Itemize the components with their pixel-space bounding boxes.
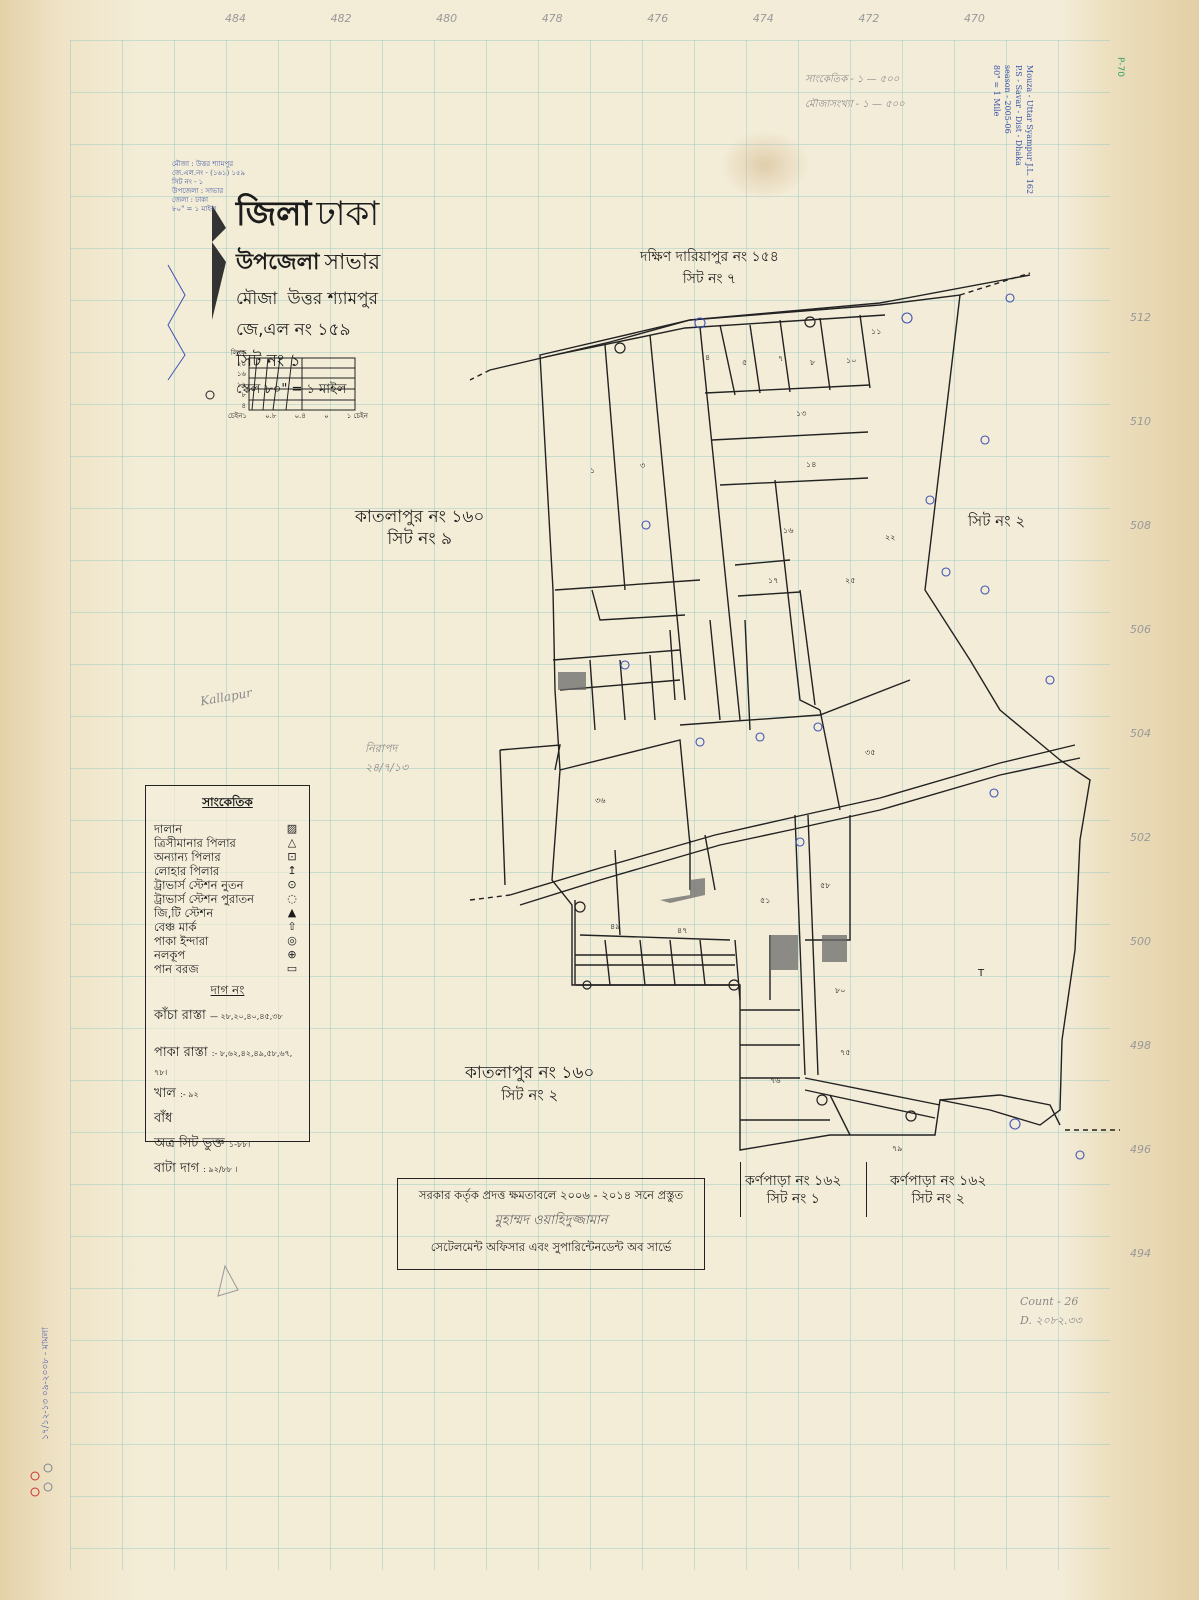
cert-line-1: সরকার কর্তৃক প্রদত্ত ক্ষমতাবলে ২০০৬ - ২০… (398, 1187, 704, 1206)
plot-number: ৭ (778, 353, 783, 366)
tubewell-icon: ⊕ (283, 948, 301, 962)
neighbor-east: সিট নং ২ (968, 510, 1025, 532)
plot-number: ৩৫ (865, 747, 875, 760)
tally-line-2: মৌজাসংখ্যা - ১ — ৫০০ (805, 97, 905, 114)
count-note: Count - 26 (1020, 1295, 1078, 1308)
officer-signature: মুহাম্মদ ওয়াহিদুজ্জামান (398, 1211, 704, 1232)
plot-number: ১ (590, 465, 595, 478)
dag-row: পাকা রাস্তা :- ৮,৬২,৪২,৪৯,৫৮,৬৭, ৭৮। (146, 1043, 309, 1080)
date-note: D. ২০৮২.৩৩ (1020, 1312, 1082, 1331)
dag-row: খাল :- ৯২ (146, 1084, 309, 1105)
top-grid-ticks: 484482480478 476474472470 (225, 12, 985, 25)
dag-row: বাটা দাগ : ৯২/৮৮ । (146, 1159, 309, 1180)
legend-item: পান বরজ▭ (146, 962, 309, 976)
tally-line-1: সাংকেতিক - ১ — ৫০০ (805, 72, 899, 89)
plot-number: ১৭ (768, 575, 778, 588)
pencil-signature: নিরাপদ ২৪/৭/১৩ (365, 740, 425, 778)
neighbor-south-west: কাতলাপুর নং ১৬০সিট নং ২ (465, 1062, 594, 1106)
bench-mark-icon: ⇧ (283, 920, 301, 934)
handwritten-notes-top-left: মৌজা : উত্তর শ্যামপুরজে.এল.নং - (১৬১) ১৫… (172, 160, 245, 214)
scale-y-labels: লিংক ২০১৬১২৮৪ (222, 348, 246, 411)
plot-number: T (978, 968, 984, 979)
plot-number: ৪৭ (677, 925, 687, 938)
plot-number: ৭৯ (892, 1143, 902, 1156)
scale-text: স্কেল ৮০" = ১ মাইল (236, 380, 380, 401)
map-sheet: জিলা ঢাকা উপজেলা সাভার মৌজা উত্তর শ্যামপ… (0, 0, 1199, 1600)
plot-number: ১৩ (796, 408, 806, 421)
plot-number: ৫১ (760, 895, 770, 908)
legend-item: ট্রাভার্স স্টেশন নুতন⊙ (146, 878, 309, 892)
plot-number: ২২ (885, 532, 895, 545)
plot-number: ৮ (810, 357, 815, 370)
legend-title: সাংকেতিক (146, 794, 309, 814)
plot-number: ৭৬ (770, 1075, 780, 1088)
betel-garden-icon: ▭ (283, 962, 301, 976)
upazila-name: সাভার (324, 250, 380, 275)
traverse-station-old-icon: ◌ (283, 892, 301, 906)
neighbor-south-2: কর্ণপাড়া নং ১৬২সিট নং ২ (890, 1172, 986, 1208)
dag-row: বাঁধ (146, 1109, 309, 1130)
neighbor-west: কাতলাপুর নং ১৬০সিট নং ৯ (355, 506, 484, 550)
handwritten-notes-top-right: Mouza - Uttar Syampur J.L. 162P.S - Sava… (991, 65, 1035, 225)
sheet-divider (740, 1162, 741, 1217)
jl-number: জে,এল নং ১৫৯ (236, 317, 380, 345)
certification-box: সরকার কর্তৃক প্রদত্ত ক্ষমতাবলে ২০০৬ - ২০… (397, 1178, 705, 1270)
neighbor-south-1: কর্ণপাড়া নং ১৬২সিট নং ১ (745, 1172, 841, 1208)
plot-number: ১৬ (783, 525, 793, 538)
plot-number: ৪ (705, 352, 710, 365)
scale-x-labels: চেইন১০.৮০.৪০১ চেইন (228, 410, 368, 422)
plot-number: ৫ (742, 357, 747, 370)
district-label: জিলা (236, 194, 311, 234)
sheet-divider (866, 1162, 867, 1217)
legend-item: ত্রিসীমানার পিলার△ (146, 836, 309, 850)
sheet-number: সিট নং ১ (236, 348, 380, 376)
plot-number: ৩ (640, 460, 645, 473)
title-block: জিলা ঢাকা উপজেলা সাভার মৌজা উত্তর শ্যামপ… (236, 188, 380, 401)
dag-row: অত্র সিট ভুক্ত ১-৮৮। (146, 1134, 309, 1155)
plot-number: ২৫ (845, 575, 855, 588)
legend-item: অন্যান্য পিলার⊡ (146, 850, 309, 864)
plot-number: ১০ (846, 355, 856, 368)
gt-station-icon: ▲ (283, 906, 301, 920)
plot-number: ৭৫ (840, 1047, 850, 1060)
mouza-name: উত্তর শ্যামপুর (288, 289, 378, 309)
legend-box: সাংকেতিক দালান▨ ত্রিসীমানার পিলার△ অন্যা… (145, 785, 310, 1142)
mouza-label: মৌজা (236, 289, 277, 309)
plot-number: ৩৬ (595, 795, 605, 808)
right-grid-ticks: 512510508506504 502500498496494 (1130, 266, 1151, 1306)
legend-item: বেঞ্চ মার্ক⇧ (146, 920, 309, 934)
cert-line-3: সেটেলমেন্ট অফিসার এবং সুপারিন্টেনডেন্ট অ… (398, 1239, 704, 1258)
tri-junction-pillar-icon: △ (283, 836, 301, 850)
dag-header: দাগ নং (146, 982, 309, 1002)
legend-item: জি,টি স্টেশন▲ (146, 906, 309, 920)
legend-item: পাকা ইন্দারা◎ (146, 934, 309, 948)
page-code: P-70 (1115, 57, 1125, 77)
left-margin-note: ১৭/১২-১৩ ০৯-২০০৮ - মামলা (38, 1327, 53, 1440)
traverse-station-new-icon: ⊙ (283, 878, 301, 892)
other-pillar-icon: ⊡ (283, 850, 301, 864)
plot-number: ১৪ (806, 459, 816, 472)
dag-row: কাঁচা রাস্তা — ২৮,২০,৪০,৪৫,৩৮ (146, 1006, 309, 1027)
legend-item: নলকূপ⊕ (146, 948, 309, 962)
plot-number: ৮০ (835, 985, 845, 998)
iron-pillar-icon: ↥ (283, 864, 301, 878)
plot-number: ৫৮ (820, 880, 830, 893)
building-hatch-icon: ▨ (283, 822, 301, 836)
plot-number: ৪৯ (610, 921, 620, 934)
legend-item: দালান▨ (146, 822, 309, 836)
legend-item: লোহার পিলার↥ (146, 864, 309, 878)
neighbor-north: দক্ষিণ দারিয়াপুর নং ১৫৪সিট নং ৭ (640, 246, 779, 290)
pucca-well-icon: ◎ (283, 934, 301, 948)
district-name: ঢাকা (316, 194, 379, 234)
plot-number: ১১ (871, 326, 881, 339)
upazila-label: উপজেলা (236, 250, 319, 275)
legend-item: ট্রাভার্স স্টেশন পুরাতন◌ (146, 892, 309, 906)
